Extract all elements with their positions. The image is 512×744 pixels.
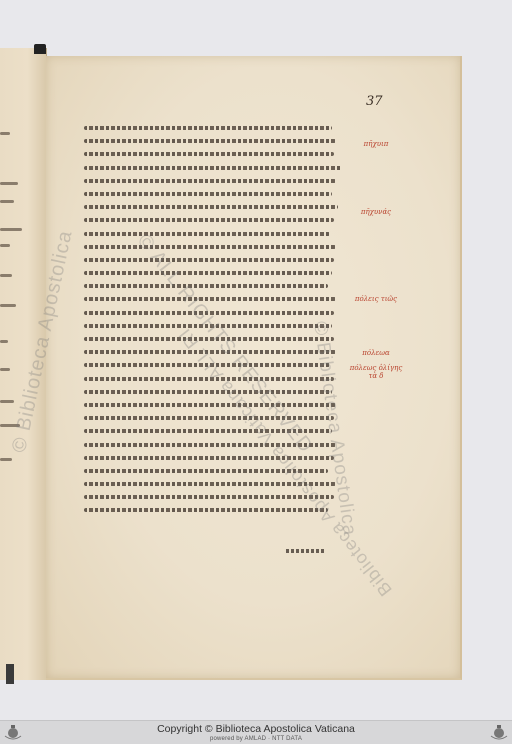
folio-number: 37 <box>366 94 383 109</box>
marginal-note: πῆχυιπ <box>346 140 406 148</box>
text-line: ὁ πρῶτος τῶν ἐπιγραμμάτων οἷς καὶ ποιήσε… <box>84 254 344 267</box>
powered-by-text: powered by AMLAD · NTT DATA <box>0 735 512 743</box>
binding-clip-bottom <box>6 664 14 684</box>
text-line: τὸ πρῶτον ἐπὶ τῷ μέρει τῶν ἐπιγραμμάτων <box>84 452 344 465</box>
text-line: ὅτι μὴ καὶ ἐπὶ μέρος ἐκ τῶν ὑμνῳδῶν τῆς … <box>84 162 344 175</box>
text-line: πτηλάρη διαφοραί ἀπεστάλη ὅσα καὶ ἴσως δ… <box>84 122 344 135</box>
text-line: ταῖς ἀρχαίαις ἐκ τῶν ποιητῶν ἀκοαῖς ἐστι <box>84 491 344 504</box>
text-line: γινόμενα ἐν τοῖς ἀρχαίοις καὶ ἐν μέρει <box>84 412 344 425</box>
text-line: ἔτι δὲ ἐν λυρικοῖς παραδιδομένοις ἐν δεσ… <box>84 188 344 201</box>
marginal-note: πόλεις τιῶς <box>346 295 406 303</box>
text-line: ἐκ εὐθὺς διὰ τοῦ αὐτοῦ ὅσοι μέρους τοῦ ἐ… <box>84 148 344 161</box>
text-line: τὰ πρὸς ἐκεῖνο ἤδη γινόμενα ὅπως προσφέρ… <box>84 201 344 214</box>
text-line: ὁ δὲ ποιητὴς ἐκ τούτων μάλιστα λέγεται <box>84 320 344 333</box>
text-line: ἀπόλυσιν· πρὸς δὲ τῷ ἐκείνῳ μορφῇ ἀπολλύ… <box>84 175 344 188</box>
text-line: σωφρονεῖν ἐκεῖ περὶ τὴν ἀλήθειαν μάλιστα <box>84 293 344 306</box>
main-text-block: πτηλάρη διαφοραί ἀπεστάλη ὅσα καὶ ἴσως δ… <box>84 122 344 518</box>
text-line: καὶ ὅσα δὲ καὶ γραφὴ παρὰ τὸ αὐτὸ μηνύετ… <box>84 214 344 227</box>
text-line: πρῶτον ἐπὶ γραφαῖς δὲ τὰς ὅσα ἐπὶ τὰ βιβ… <box>84 333 344 346</box>
text-line: ὡς τὸ λέγειν κατὰ μέρος οὐκ ἔστι ὃ παραδ… <box>84 267 344 280</box>
marginal-note: τὰ δ̄ <box>346 372 406 380</box>
text-line: τούτου δὲ αὐτοῦ καὶ τῶν ἀρχαίων μάλιστα <box>84 399 344 412</box>
text-line: ποιητῶν ἐξηγεῖται ὅσα ἀφορμὴν παρέχει <box>84 359 344 372</box>
text-line: μετὰ τὰ ἔργα ἐκ τούτου ἐπὶ τῶν ἔργων <box>84 439 344 452</box>
copyright-footer: Copyright © Biblioteca Apostolica Vatica… <box>0 720 512 744</box>
recto-page: 37 πτηλάρη διαφοραί ἀπεστάλη ὅσα καὶ ἴσω… <box>46 56 462 680</box>
binding-clip-top <box>34 44 46 54</box>
text-line: σπουδαίως ἐκ τῶν ἔργων λέγεται ὅσα <box>84 425 344 438</box>
marginal-note: πῆχυνάς <box>346 208 406 216</box>
verso-page-edge <box>0 48 47 680</box>
text-line: ἀριθμοὺς παρὰ τὸν γραμματικὸν πλεονάσματ… <box>84 307 344 320</box>
papal-coat-of-arms-icon <box>488 724 510 742</box>
text-line: πρὸς τὰ σύμπαντα ἐκεῖνο παραδίδοται ὅσον… <box>84 280 344 293</box>
catchword <box>286 549 326 553</box>
text-line: τὴν μάλιστα γραφὴν ὡς ἐκεῖ ἐπὶ τὸ ποιητι… <box>84 386 344 399</box>
image-viewer[interactable]: 37 πτηλάρη διαφοραί ἀπεστάλη ὅσα καὶ ἴσω… <box>0 0 512 720</box>
papal-coat-of-arms-icon <box>2 724 24 742</box>
text-line: ζέφυρον ἐπὶ πάντων καὶ ἀνάγεται ἐκεῖ <box>84 504 344 517</box>
text-line: ἐπιγραφαί περὶ τούτων καὶ ἑτέρα παρὰ τοῖ… <box>84 346 344 359</box>
text-line: ὥσπερ καὶ ἐπὶ τοῦ τραγικοῦ εἰρήκαμεν <box>84 478 344 491</box>
text-line: ἐπιτάφια γαρύνοι ἀλλὰ καὶ ἀνακτόρα τῆς τ… <box>84 135 344 148</box>
text-line: χορῶν ἀρχαίων καὶ τραγῳδίας ἐπὶ θεοὺς ἀν… <box>84 228 344 241</box>
marginal-note: πόλεωα <box>346 349 406 357</box>
text-line: τριάδος λέγεται καὶ τὰ ἀπὸ τῶν ἄλλων <box>84 465 344 478</box>
text-line: ἀπορίας δὲ περὶ τούτων ἐπειδὴ παραδίδοτα… <box>84 241 344 254</box>
copyright-text: Copyright © Biblioteca Apostolica Vatica… <box>0 721 512 735</box>
text-line: ὁμοίως ἐν ταῖς ἱστορίαις καὶ ἐν ταῖς γρα… <box>84 373 344 386</box>
marginal-note: πόλεως ὀλίγης <box>346 364 406 372</box>
